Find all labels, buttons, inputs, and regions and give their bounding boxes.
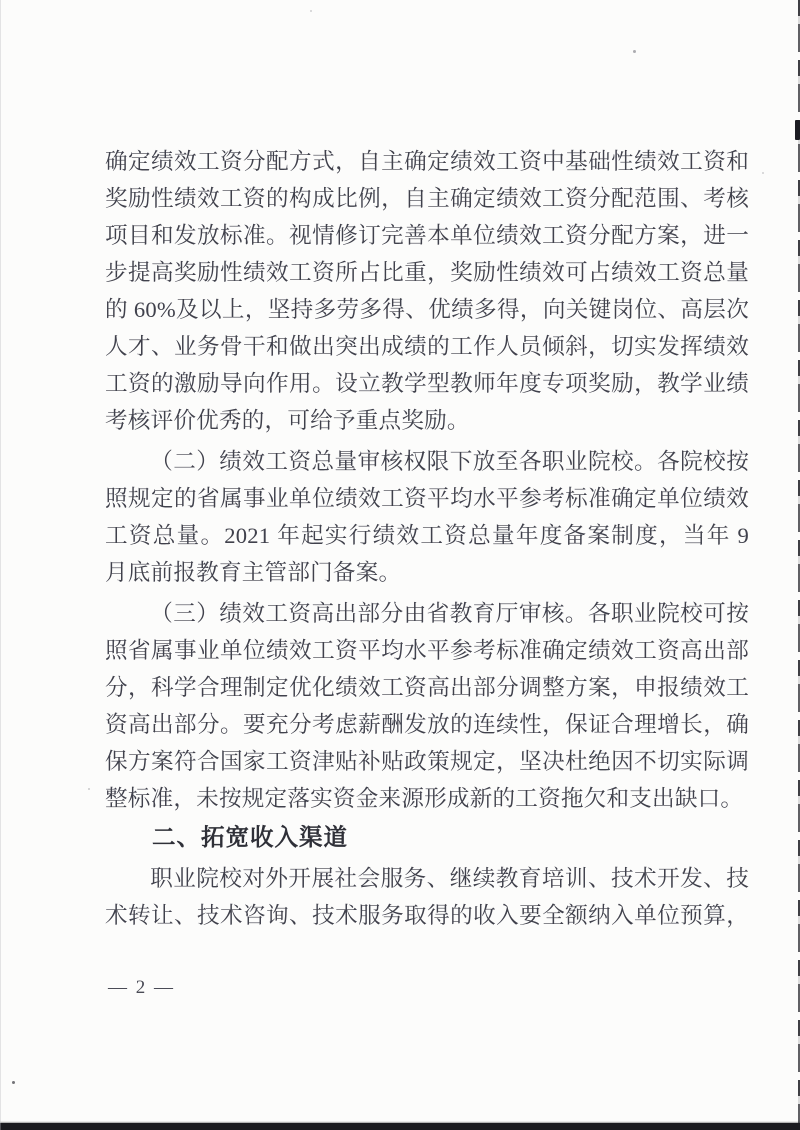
- scan-speck: [88, 788, 90, 790]
- scanned-document-page: 确定绩效工资分配方式，自主确定绩效工资中基础性绩效工资和奖励性绩效工资的构成比例…: [0, 0, 800, 1130]
- scan-speck: [310, 10, 312, 12]
- scan-artifact-right-edge-blob: [795, 120, 800, 140]
- section-heading-broaden-income-channels: 二、拓宽收入渠道: [105, 819, 749, 856]
- paragraph-excess-wage-review: （三）绩效工资高出部分由省教育厅审核。各职业院校可按照省属事业单位绩效工资平均水…: [105, 595, 749, 817]
- scan-speck: [762, 172, 764, 174]
- paragraph-external-service-income: 职业院校对外开展社会服务、继续教育培训、技术开发、技术转让、技术咨询、技术服务取…: [105, 860, 749, 934]
- scan-artifact-left-edge: [0, 0, 1, 1130]
- scan-speck: [633, 50, 636, 53]
- paragraph-total-wage-review: （二）绩效工资总量审核权限下放至各职业院校。各院校按照规定的省属事业单位绩效工资…: [105, 443, 749, 591]
- document-body: 确定绩效工资分配方式，自主确定绩效工资中基础性绩效工资和奖励性绩效工资的构成比例…: [105, 143, 749, 934]
- scan-speck: [12, 1081, 15, 1084]
- scan-artifact-bottom-edge: [0, 1123, 800, 1130]
- paragraph-performance-wage-distribution: 确定绩效工资分配方式，自主确定绩效工资中基础性绩效工资和奖励性绩效工资的构成比例…: [105, 143, 749, 439]
- page-number: — 2 —: [108, 976, 175, 1000]
